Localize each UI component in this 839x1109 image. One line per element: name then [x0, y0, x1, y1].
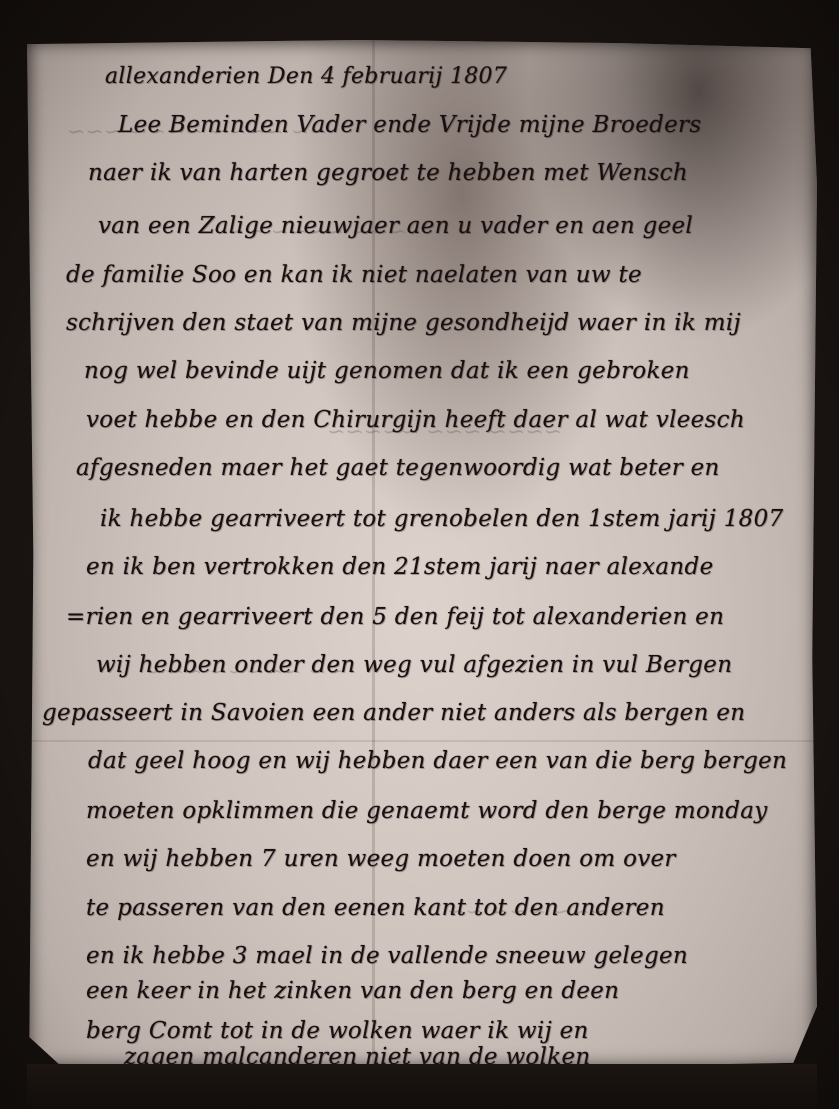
- letter-line-8: afgesneden maer het gaet tegenwoordig wa…: [76, 455, 720, 481]
- letter-line-18: en ik hebbe 3 mael in de vallende sneeuw…: [86, 943, 688, 969]
- letter-line-2: naer ik van harten gegroet te hebben met…: [88, 160, 688, 186]
- letter-line-15: moeten opklimmen die genaemt word den be…: [86, 798, 768, 824]
- background-surface: [27, 1064, 817, 1109]
- letter-heading-date: allexanderien Den 4 februarij 1807: [105, 64, 507, 89]
- letter-line-10: en ik ben vertrokken den 21stem jarij na…: [86, 554, 713, 580]
- letter-line-4: de familie Soo en kan ik niet naelaten v…: [66, 262, 642, 288]
- letter-line-12: wij hebben onder den weg vul afgezien in…: [96, 652, 732, 678]
- letter-sheet: ~~ ~~~~ ~~~~ ~~~ ~~~ ~~~~ ~~ ~~~~ ~~~ ~~…: [27, 40, 817, 1068]
- letter-line-5: schrijven den staet van mijne gesondheij…: [66, 310, 741, 336]
- letter-line-11: =rien en gearriveert den 5 den feij tot …: [66, 604, 724, 630]
- letter-line-7: voet hebbe en den Chirurgijn heeft daer …: [86, 407, 745, 433]
- photo-frame: ~~ ~~~~ ~~~~ ~~~ ~~~ ~~~~ ~~ ~~~~ ~~~ ~~…: [0, 0, 839, 1109]
- letter-line-3: van een Zalige nieuwjaer aen u vader en …: [98, 213, 693, 239]
- letter-line-9: ik hebbe gearriveert tot grenobelen den …: [100, 506, 783, 532]
- letter-line-14: dat geel hoog en wij hebben daer een van…: [88, 748, 787, 774]
- letter-line-19: een keer in het zinken van den berg en d…: [86, 978, 619, 1004]
- letter-line-20: berg Comt tot in de wolken waer ik wij e…: [86, 1018, 589, 1044]
- letter-line-13: gepasseert in Savoien een ander niet and…: [42, 700, 745, 726]
- paper-fold-horizontal: [27, 740, 817, 742]
- letter-line-1: Lee Beminden Vader ende Vrijde mijne Bro…: [118, 112, 701, 138]
- letter-line-6: nog wel bevinde uijt genomen dat ik een …: [84, 358, 690, 384]
- letter-line-17: te passeren van den eenen kant tot den a…: [86, 895, 665, 921]
- letter-line-16: en wij hebben 7 uren weeg moeten doen om…: [86, 846, 676, 872]
